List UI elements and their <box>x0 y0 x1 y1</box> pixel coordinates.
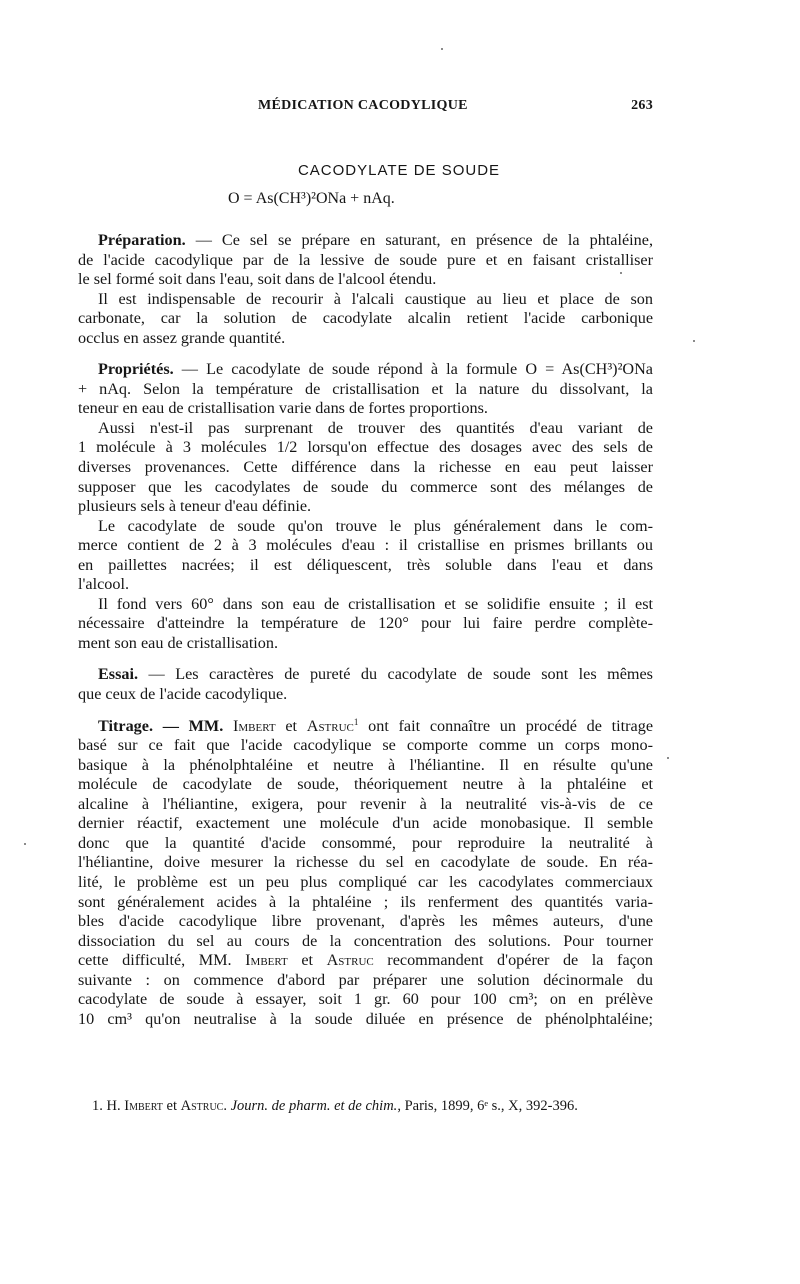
text-line: Préparation. — Ce sel se prépare en satu… <box>78 231 653 251</box>
text-line: 1 molécule à 3 molécules 1/2 lorsqu'on e… <box>78 438 653 458</box>
text-line: ment son eau de cristallisation. <box>78 634 653 654</box>
scan-speck <box>620 272 622 274</box>
text-line: alcaline à l'héliantine, exigera, pour r… <box>78 795 653 815</box>
paragraph-essai: Essai. — Les caractères de pureté du cac… <box>78 665 653 704</box>
line-text: cette difficulté, MM. <box>78 951 245 969</box>
scan-speck <box>693 340 695 342</box>
text-line: diverses provenances. Cette différence d… <box>78 458 653 478</box>
section-title: CACODYLATE DE SOUDE <box>0 162 800 179</box>
text-line: bles d'acide cacodylique libre provenant… <box>78 912 653 932</box>
running-header: MÉDICATION CACODYLIQUE 263 <box>78 98 653 118</box>
author-name: Imbert <box>233 717 276 735</box>
paragraph-preparation-2: Il est indispensable de recourir à l'alc… <box>78 290 653 349</box>
text-line: Il fond vers 60° dans son eau de cristal… <box>78 595 653 615</box>
text-line: plusieurs sels à teneur d'eau définie. <box>78 497 653 517</box>
running-title: MÉDICATION CACODYLIQUE <box>258 98 468 114</box>
author-name: Imbert <box>245 951 288 969</box>
text-line: teneur en eau de cristallisation varie d… <box>78 399 653 419</box>
line-text: et <box>276 717 307 735</box>
scan-speck <box>24 843 26 845</box>
text-line: basique à la phénolphtaléine et neutre à… <box>78 756 653 776</box>
paragraph-titrage: Titrage. — MM. Imbert et Astruc1 ont fai… <box>78 717 653 1030</box>
line-text: — MM. <box>153 717 233 735</box>
author-name: Astruc <box>327 951 374 969</box>
scan-speck <box>667 757 669 759</box>
page-number: 263 <box>631 98 653 114</box>
paragraph-proprietes-2: Aussi n'est-il pas surprenant de trouver… <box>78 419 653 517</box>
text-line: le sel formé soit dans l'eau, soit dans … <box>78 270 653 290</box>
footnote-text: et <box>163 1098 181 1114</box>
text-line: de l'acide cacodylique par de la lessive… <box>78 251 653 271</box>
author-name: Astruc <box>307 717 354 735</box>
text-line: dernier réactif, exactement une molécule… <box>78 814 653 834</box>
text-line: occlus en assez grande quantité. <box>78 329 653 349</box>
journal-title: Journ. de pharm. et de chim. <box>231 1098 398 1114</box>
footnote: 1. H. Imbert et Astruc. Journ. de pharm.… <box>92 1098 652 1115</box>
footnote-text: H. <box>107 1098 125 1114</box>
paragraph-preparation: Préparation. — Ce sel se prépare en satu… <box>78 231 653 290</box>
text-line: cacodylate de soude à essayer, soit 1 gr… <box>78 990 653 1010</box>
text-line: merce contient de 2 à 3 molécules d'eau … <box>78 536 653 556</box>
author-name: Astruc <box>181 1098 224 1114</box>
text-line: l'alcool. <box>78 575 653 595</box>
text-line: Il est indispensable de recourir à l'alc… <box>78 290 653 310</box>
text-line: Aussi n'est-il pas surprenant de trouver… <box>78 419 653 439</box>
text-line: que ceux de l'acide cacodylique. <box>78 685 653 705</box>
text-line: 10 cm³ qu'on neutralise à la soude dilué… <box>78 1010 653 1030</box>
text-line: lité, le problème est un peu plus compli… <box>78 873 653 893</box>
text-line: Titrage. — MM. Imbert et Astruc1 ont fai… <box>78 717 653 737</box>
author-name: Imbert <box>124 1098 163 1114</box>
chemical-formula: O = As(CH³)²ONa + nAq. <box>228 190 395 208</box>
line-text: et <box>288 951 327 969</box>
text-line: + nAq. Selon la température de cristalli… <box>78 380 653 400</box>
paragraph-lead: Essai. <box>98 665 138 683</box>
footnote-number: 1. <box>92 1098 103 1114</box>
line-text: ont fait connaître un procédé de titrage <box>358 717 653 735</box>
text-line: dissociation du sel au cours de la conce… <box>78 932 653 952</box>
text-line: l'héliantine, doive mesurer la richesse … <box>78 853 653 873</box>
text-line: Propriétés. — Le cacodylate de soude rép… <box>78 360 653 380</box>
paragraph-lead: Préparation. <box>98 231 186 249</box>
line-text: recommandent d'opérer de la façon <box>374 951 653 969</box>
text-line: nécessaire d'atteindre la température de… <box>78 614 653 634</box>
text-line: sont généralement acides à la phtaléine … <box>78 893 653 913</box>
text-line: molécule de cacodylate de soude, théoriq… <box>78 775 653 795</box>
section-title-text: CACODYLATE DE SOUDE <box>298 162 500 179</box>
scan-speck <box>441 48 443 50</box>
book-page: MÉDICATION CACODYLIQUE 263 CACODYLATE DE… <box>0 0 800 1284</box>
footnote-text: , Paris, 1899, 6ᵉ s., X, 392-396. <box>397 1098 578 1114</box>
line-text: — Ce sel se prépare en saturant, en prés… <box>186 231 653 249</box>
text-line: basé sur ce fait que l'acide cacodylique… <box>78 736 653 756</box>
paragraph-proprietes-3: Le cacodylate de soude qu'on trouve le p… <box>78 517 653 595</box>
body-text: Préparation. — Ce sel se prépare en satu… <box>78 231 653 1029</box>
text-line: supposer que les cacodylates de soude du… <box>78 478 653 498</box>
text-line: cette difficulté, MM. Imbert et Astruc r… <box>78 951 653 971</box>
line-text: — Le cacodylate de soude répond à la for… <box>174 360 653 378</box>
text-line: en paillettes nacrées; il est déliquesce… <box>78 556 653 576</box>
paragraph-lead: Propriétés. <box>98 360 174 378</box>
line-text: — Les caractères de pureté du cacodylate… <box>138 665 653 683</box>
paragraph-proprietes: Propriétés. — Le cacodylate de soude rép… <box>78 360 653 419</box>
paragraph-proprietes-4: Il fond vers 60° dans son eau de cristal… <box>78 595 653 654</box>
text-line: Le cacodylate de soude qu'on trouve le p… <box>78 517 653 537</box>
text-line: donc que la quantité d'acide consommé, p… <box>78 834 653 854</box>
text-line: carbonate, car la solution de cacodylate… <box>78 309 653 329</box>
paragraph-lead: Titrage. <box>98 717 153 735</box>
text-line: suivante : on commence d'abord par prépa… <box>78 971 653 991</box>
text-line: Essai. — Les caractères de pureté du cac… <box>78 665 653 685</box>
